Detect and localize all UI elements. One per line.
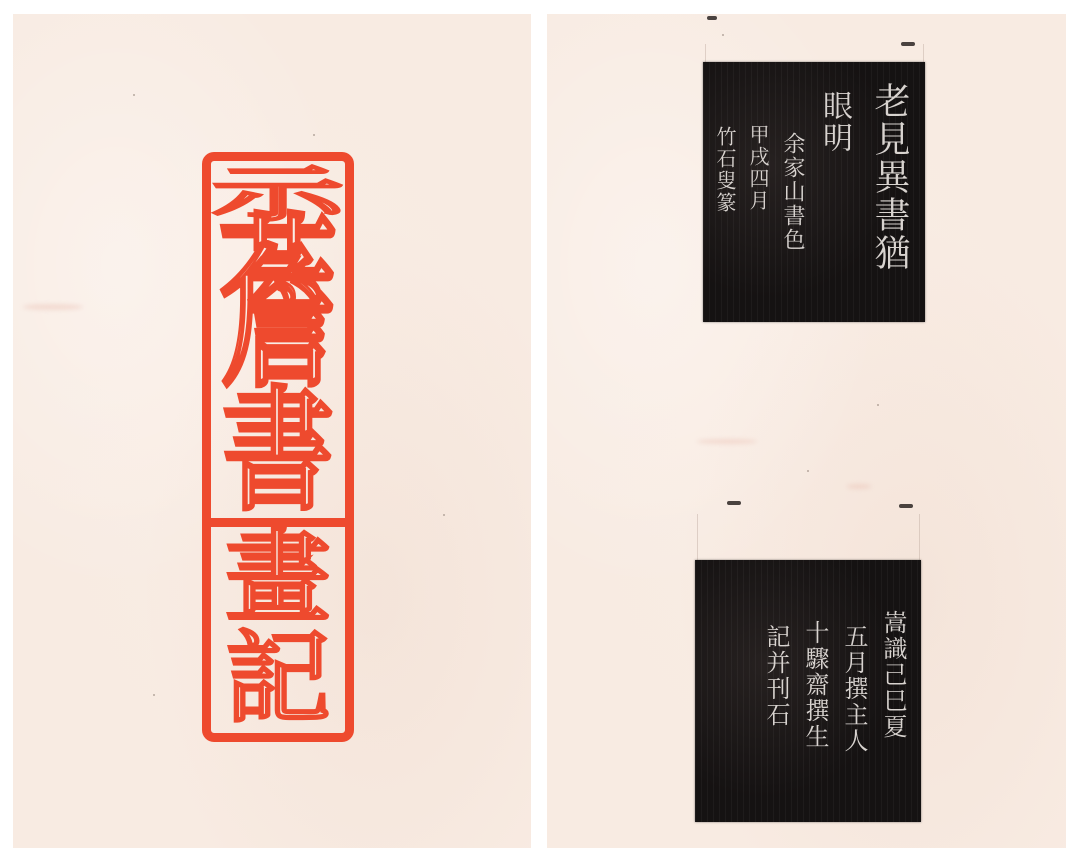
paper-speck (722, 34, 724, 36)
seal-glyph: 書 (217, 387, 339, 519)
seal-glyph: 畫 (217, 527, 339, 627)
ink-rubbing-top: 老見異書猶 眼明 余家山書色 甲戌四月 竹石叟篆 (703, 62, 925, 322)
paper-stain (847, 484, 871, 489)
ink-rubbing-bottom: 嵩識己巳夏 五月撰主人 十驟齋撰生 記并刊石 (695, 560, 921, 822)
left-paper-panel: 示 薝 書 畫 記 (13, 14, 531, 848)
paper-speck (153, 694, 155, 696)
paper-stain (697, 439, 757, 444)
ink-mark (727, 501, 741, 505)
rubbing-column: 余家山書色 (777, 132, 808, 310)
paper-stain (23, 304, 83, 310)
paper-speck (313, 134, 315, 136)
seal-glyph-stack: 示 薝 書 畫 記 (211, 161, 345, 733)
ink-mark (899, 504, 913, 508)
fold-line (697, 514, 698, 560)
ink-mark (707, 16, 717, 20)
fold-line (919, 514, 920, 560)
rubbing-text-columns: 嵩識己巳夏 五月撰主人 十驟齋撰生 記并刊石 (695, 560, 921, 822)
fold-line (705, 44, 706, 62)
seal-glyph: 記 (217, 627, 339, 729)
seal-glyph: 薝 (217, 225, 339, 387)
rubbing-column: 甲戌四月 (744, 124, 773, 310)
paper-speck (443, 514, 445, 516)
rubbing-column: 十驟齋撰生 (798, 620, 833, 810)
rubbing-column: 嵩識己巳夏 (876, 610, 911, 810)
red-seal-impression: 示 薝 書 畫 記 (202, 152, 354, 742)
paper-speck (877, 404, 879, 406)
rubbing-column: 五月撰主人 (837, 624, 872, 810)
fold-line (923, 44, 924, 62)
rubbing-text-columns: 老見異書猶 眼明 余家山書色 甲戌四月 竹石叟篆 (703, 62, 925, 322)
paper-speck (133, 94, 135, 96)
photo-canvas: 示 薝 書 畫 記 老見異書猶 眼明 余家山書色 甲戌四月 竹石叟篆 (0, 0, 1080, 864)
ink-mark (901, 42, 915, 46)
rubbing-column: 竹石叟篆 (711, 126, 740, 310)
right-paper-panel: 老見異書猶 眼明 余家山書色 甲戌四月 竹石叟篆 嵩識己巳夏 五月撰主人 十驟齋… (547, 14, 1066, 848)
rubbing-column: 眼明 (812, 90, 856, 310)
paper-speck (807, 470, 809, 472)
rubbing-column: 記并刊石 (759, 624, 794, 810)
rubbing-column: 老見異書猶 (864, 82, 915, 310)
